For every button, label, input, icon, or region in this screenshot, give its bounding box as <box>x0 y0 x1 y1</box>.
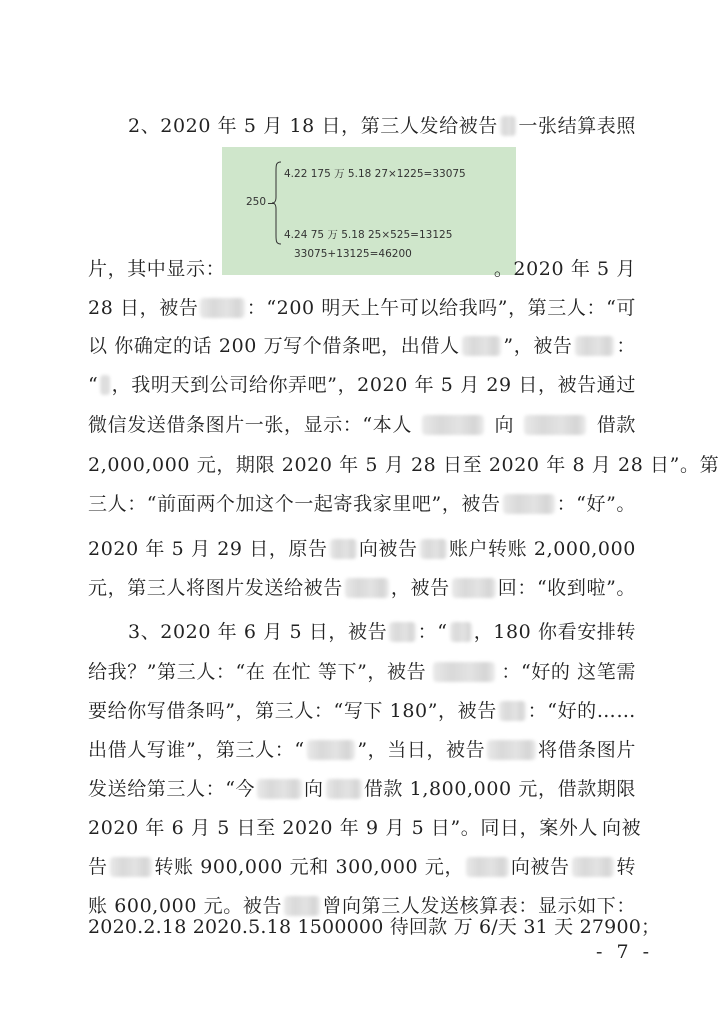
text: 发送给第三人：“今 <box>88 777 255 801</box>
text: 向被告 <box>511 855 570 879</box>
figure-total: 250 <box>246 196 266 208</box>
paragraph-2-line-5: “ ，我明天到公司给你弄吧”，2020 年 5 月 29 日，被告通过 <box>88 373 636 397</box>
text: 以 你确定的话 200 万写个借条吧，出借人 <box>88 334 460 358</box>
redacted-name <box>257 779 302 799</box>
paragraph-2-line-9: 2020 年 5 月 29 日，原告 向被告 账户转账 2,000,000 <box>88 537 636 561</box>
figure-row-2: 4.24 75 万 5.18 25×525=13125 <box>284 227 452 242</box>
text: ： <box>616 334 636 358</box>
paragraph-2-line-4: 以 你确定的话 200 万写个借条吧，出借人 ”，被告 ： <box>88 334 636 358</box>
redacted-name <box>110 857 153 877</box>
text: 转账 900,000 元和 300,000 元， <box>154 855 464 879</box>
text: 3、2020 年 6 月 5 日，被告 <box>128 620 387 644</box>
settlement-table-image: 250 4.22 175 万 5.18 27×1225=33075 4.24 7… <box>222 147 516 275</box>
redacted-name <box>450 622 472 642</box>
redacted-name <box>433 662 495 682</box>
text: 。2020 年 5 月 <box>494 257 636 281</box>
page-number: - 7 - <box>596 941 653 963</box>
text: ：“好的…… <box>528 699 636 723</box>
redacted-name <box>499 701 526 721</box>
redacted-name <box>462 336 502 356</box>
text: 2、2020 年 5 月 18 日，第三人发给被告 <box>128 114 498 138</box>
redacted-name <box>422 415 484 435</box>
text: 借款 1,800,000 元，借款期限 <box>364 777 636 801</box>
paragraph-3-line-1: 3、2020 年 6 月 5 日，被告 ：“ ，180 你看安排转 <box>128 620 636 644</box>
paragraph-3-line-2: 给我？”第三人：“在 在忙 等下”，被告 ：“好的 这笔需 <box>88 660 636 684</box>
paragraph-3-line-5: 发送给第三人：“今 向 借款 1,800,000 元，借款期限 <box>88 777 636 801</box>
text: ：“好的 这笔需 <box>501 660 636 684</box>
curly-brace-icon <box>272 161 282 245</box>
text: ：“好”。 <box>557 492 636 516</box>
text: ，被告 <box>391 576 450 600</box>
text: 向被 <box>602 816 641 840</box>
text: 2020 年 6 月 5 日至 2020 年 9 月 5 日”。同日，案外人 <box>88 816 598 840</box>
paragraph-2-line-2: 片，其中显示： 。2020 年 5 月 <box>88 257 636 281</box>
text: 出借人写谁”，第三人：“ <box>88 738 305 762</box>
text: 向 <box>495 413 515 437</box>
text: 2,000,000 元，期限 2020 年 5 月 28 日至 2020 年 8… <box>88 453 719 477</box>
paragraph-2-line-10: 元，第三人将图片发送给被告 ，被告 回：“收到啦”。 <box>88 576 636 600</box>
text: “ <box>88 373 98 397</box>
text: 给我？”第三人：“在 在忙 等下”，被告 <box>88 660 426 684</box>
paragraph-2-line-1: 2、2020 年 5 月 18 日，第三人发给被告 一张结算表照 <box>128 114 636 138</box>
text: 微信发送借条图片一张，显示：“本人 <box>88 413 412 437</box>
paragraph-3-line-6: 2020 年 6 月 5 日至 2020 年 9 月 5 日”。同日，案外人 向… <box>88 816 636 840</box>
text: ：“ <box>418 620 448 644</box>
paragraph-3-line-9: 2020.2.18 2020.5.18 1500000 待回款 万 6/天 31… <box>88 915 636 939</box>
paragraph-3-line-3: 要给你写借条吗”，第三人：“写下 180”，被告 ：“好的…… <box>88 699 636 723</box>
text: 告 <box>88 855 108 879</box>
text: ”，被告 <box>503 334 572 358</box>
redacted-name <box>284 896 320 916</box>
paragraph-3-line-4: 出借人写谁”，第三人：“ ”，当日，被告 将借条图片 <box>88 738 636 762</box>
redacted-name <box>524 415 586 435</box>
text: 2020.2.18 2020.5.18 1500000 待回款 万 6/天 31… <box>88 915 660 939</box>
text: 一张结算表照 <box>518 114 636 138</box>
redacted-name <box>452 578 496 598</box>
redacted-name <box>345 578 389 598</box>
redacted-name <box>500 116 516 136</box>
redacted-name <box>200 298 244 318</box>
redacted-name <box>100 375 109 395</box>
redacted-name <box>307 740 356 760</box>
figure-row-1: 4.22 175 万 5.18 27×1225=33075 <box>284 166 466 181</box>
text: 2020 年 5 月 29 日，原告 <box>88 537 328 561</box>
text: 三人：“前面两个加这个一起寄我家里吧”，被告 <box>88 492 501 516</box>
redacted-name <box>572 857 615 877</box>
text: 向 <box>304 777 324 801</box>
text: 转 <box>616 855 636 879</box>
text: 借款 <box>597 413 636 437</box>
text: 元，第三人将图片发送给被告 <box>88 576 343 600</box>
text: 将借条图片 <box>538 738 636 762</box>
text: 账户转账 2,000,000 <box>449 537 636 561</box>
text: ：“200 明天上午可以给我吗”，第三人：“可 <box>247 296 636 320</box>
redacted-name <box>575 336 615 356</box>
redacted-name <box>487 740 536 760</box>
paragraph-2-line-3: 28 日，被告 ：“200 明天上午可以给我吗”，第三人：“可 <box>88 296 636 320</box>
text: ”，当日，被告 <box>357 738 485 762</box>
paragraph-2-line-8: 三人：“前面两个加这个一起寄我家里吧”，被告 ：“好”。 <box>88 492 636 516</box>
text: 片，其中显示： <box>88 257 225 281</box>
redacted-name <box>326 779 362 799</box>
redacted-name <box>466 857 509 877</box>
text: 要给你写借条吗”，第三人：“写下 180”，被告 <box>88 699 497 723</box>
text: ，180 你看安排转 <box>474 620 636 644</box>
redacted-name <box>389 622 415 642</box>
redacted-name <box>503 494 555 514</box>
text: 向被告 <box>359 537 418 561</box>
paragraph-3-line-7: 告 转账 900,000 元和 300,000 元， 向被告 转 <box>88 855 636 879</box>
text: 回：“收到啦”。 <box>498 576 636 600</box>
redacted-name <box>330 539 357 559</box>
text: 28 日，被告 <box>88 296 198 320</box>
paragraph-2-line-7: 2,000,000 元，期限 2020 年 5 月 28 日至 2020 年 8… <box>88 453 636 477</box>
text: ，我明天到公司给你弄吧”，2020 年 5 月 29 日，被告通过 <box>112 373 636 397</box>
redacted-name <box>420 539 447 559</box>
paragraph-2-line-6: 微信发送借条图片一张，显示：“本人 向 借款 <box>88 413 636 437</box>
